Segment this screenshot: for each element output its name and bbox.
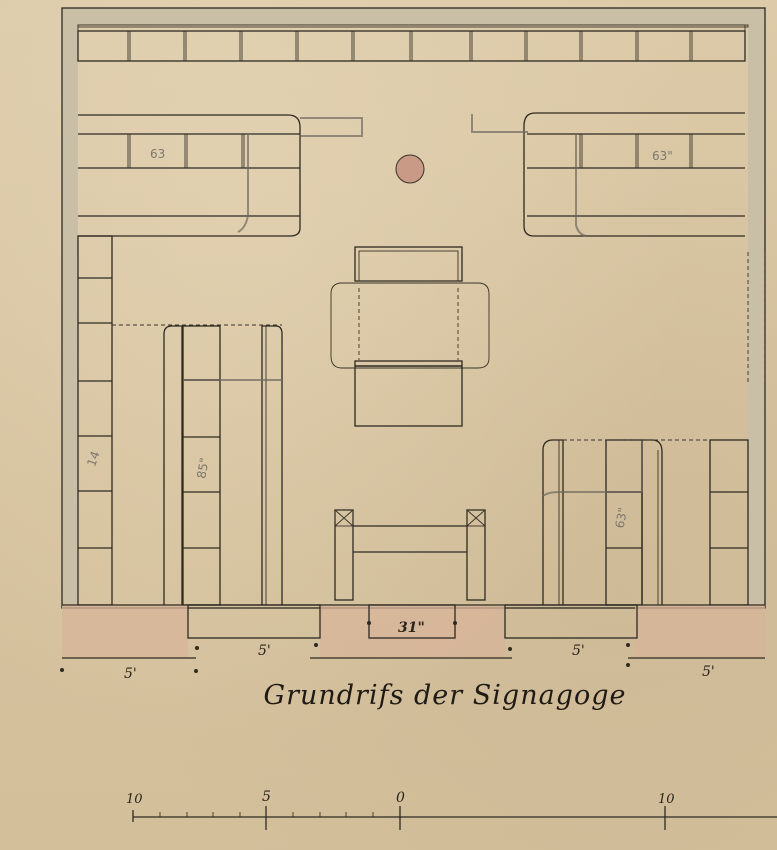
bench-label-left-wall: 14	[84, 449, 102, 468]
entrance-dimension: 31"	[398, 620, 425, 636]
outer-wall-outline	[62, 8, 765, 608]
scale-label-5: 5	[262, 789, 271, 805]
bench-right-center: 63"	[543, 440, 748, 605]
corner-right-dimension: 5'	[702, 664, 715, 680]
bench-label-top-right: 63"	[652, 149, 673, 163]
drawing-sheet: 63 63" 14	[0, 0, 777, 850]
ark-front	[335, 510, 485, 600]
bench-left-wall: 14	[78, 236, 112, 605]
top-bench-row	[78, 25, 745, 61]
floor-plan: 63 63" 14	[0, 0, 777, 850]
scale-bar: 10 5 0 10	[126, 789, 777, 830]
bench-block-top-right: 63"	[472, 113, 745, 236]
scale-label-10-left: 10	[126, 792, 143, 807]
bench-block-top-left: 63	[78, 115, 362, 236]
scale-label-0: 0	[396, 790, 405, 806]
drawing-title: Grundrifs der Signagoge	[215, 680, 675, 711]
bimah-circle	[396, 155, 424, 183]
bench-label-left-center: 85"	[194, 457, 211, 480]
door-left-dimension: 5'	[258, 643, 271, 659]
bench-label-top-left: 63	[150, 147, 165, 161]
entrance-wall: 31" 5' 5' 5' 5'	[60, 605, 765, 682]
scale-label-10-right: 10	[658, 792, 675, 807]
door-right-dimension: 5'	[572, 643, 585, 659]
central-table	[331, 247, 489, 426]
bench-left-center: 85"	[164, 326, 282, 605]
outer-wall	[62, 8, 765, 605]
bench-label-right-center: 63"	[613, 506, 630, 529]
corner-left-dimension: 5'	[124, 666, 137, 682]
